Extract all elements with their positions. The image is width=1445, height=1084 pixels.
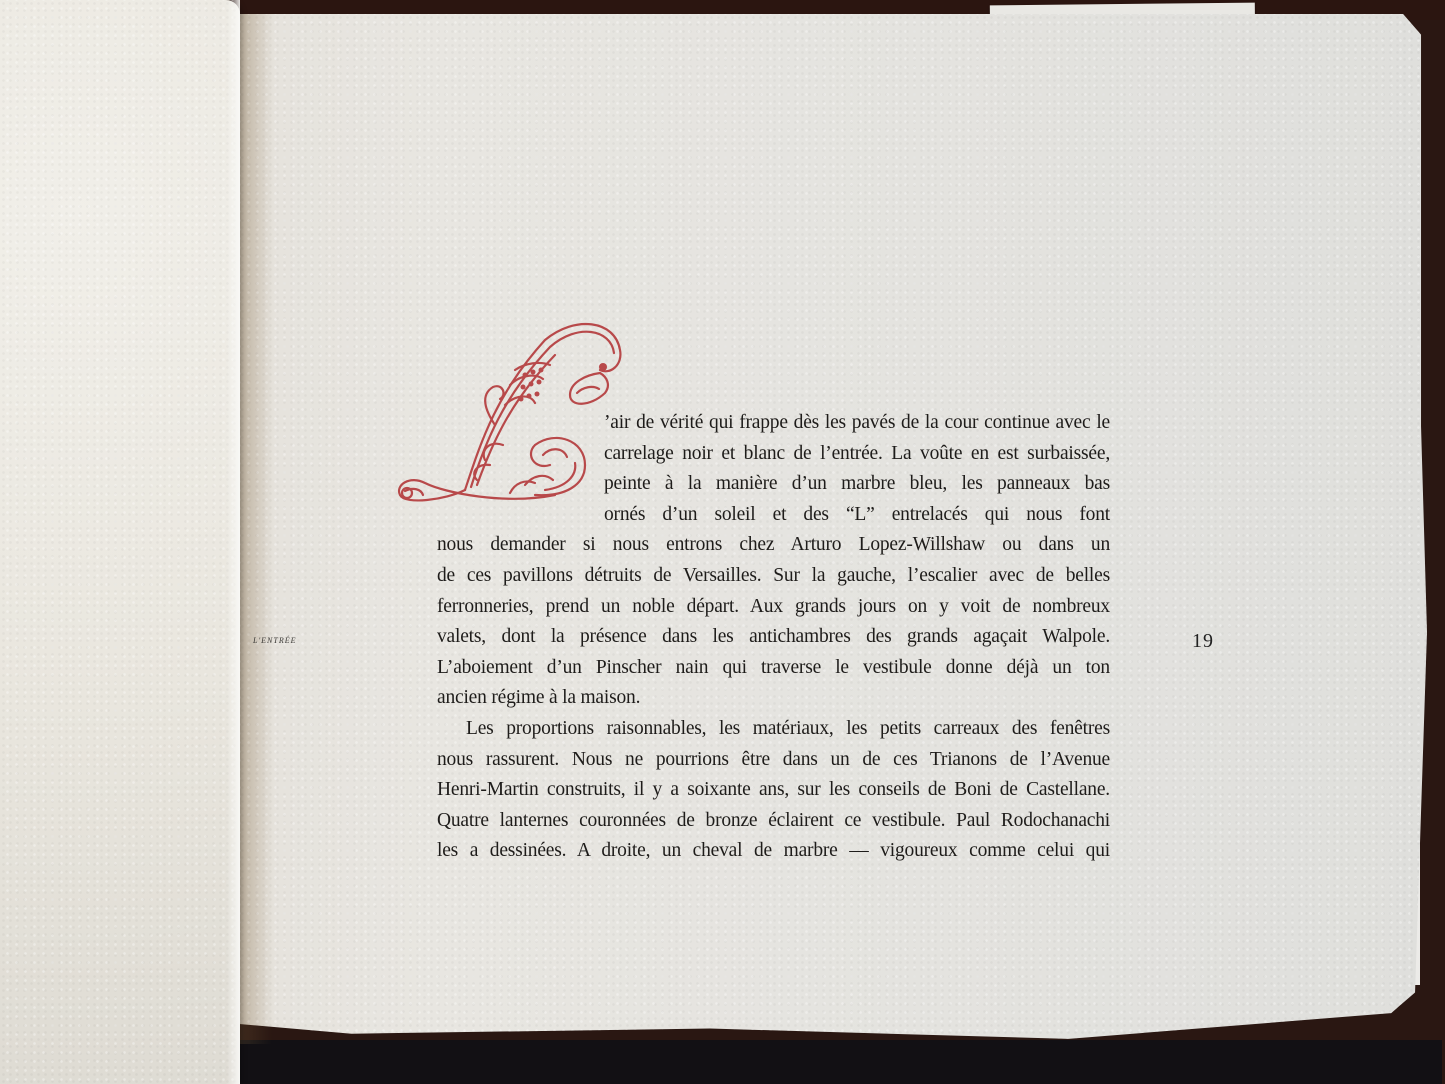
text-line: carrelage noir et blanc de l’entrée. La … [604,439,1110,470]
text-line: de ces pavillons détruits de Versailles.… [437,561,1110,592]
text-line: nous demander si nous entrons chez Artur… [437,530,1110,561]
left-page [0,0,240,1084]
text-line: Quatre lanternes couronnées de bronze éc… [437,806,1110,837]
paragraph-2: Les proportions raisonnables, les matéri… [437,714,1110,867]
text-line: les a dessinées. A droite, un cheval de … [437,836,1110,867]
text-line: ’air de vérité qui frappe dès les pavés … [604,408,1110,439]
paragraph-1: ’air de vérité qui frappe dès les pavés … [437,408,1110,714]
running-head: L'ENTRÉE [253,636,297,645]
text-line: nous rassurent. Nous ne pourrions être d… [437,745,1110,776]
body-text: ’air de vérité qui frappe dès les pavés … [437,408,1110,867]
text-line: valets, dont la présence dans les antich… [437,622,1110,653]
text-line: L’aboiement d’un Pinscher nain qui trave… [437,653,1110,684]
text-line: ornés d’un soleil et des “L” entrelacés … [604,500,1110,531]
text-line: Henri-Martin construits, il y a soixante… [437,775,1110,806]
desk-bottom [232,1040,1442,1084]
page-number: 19 [1192,630,1214,653]
text-line: ferronneries, prend un noble départ. Aux… [437,592,1110,623]
text-line: ancien régime à la maison. [437,683,1110,714]
text-line: Les proportions raisonnables, les matéri… [437,714,1110,745]
text-line: peinte à la manière d’un marbre bleu, le… [604,469,1110,500]
